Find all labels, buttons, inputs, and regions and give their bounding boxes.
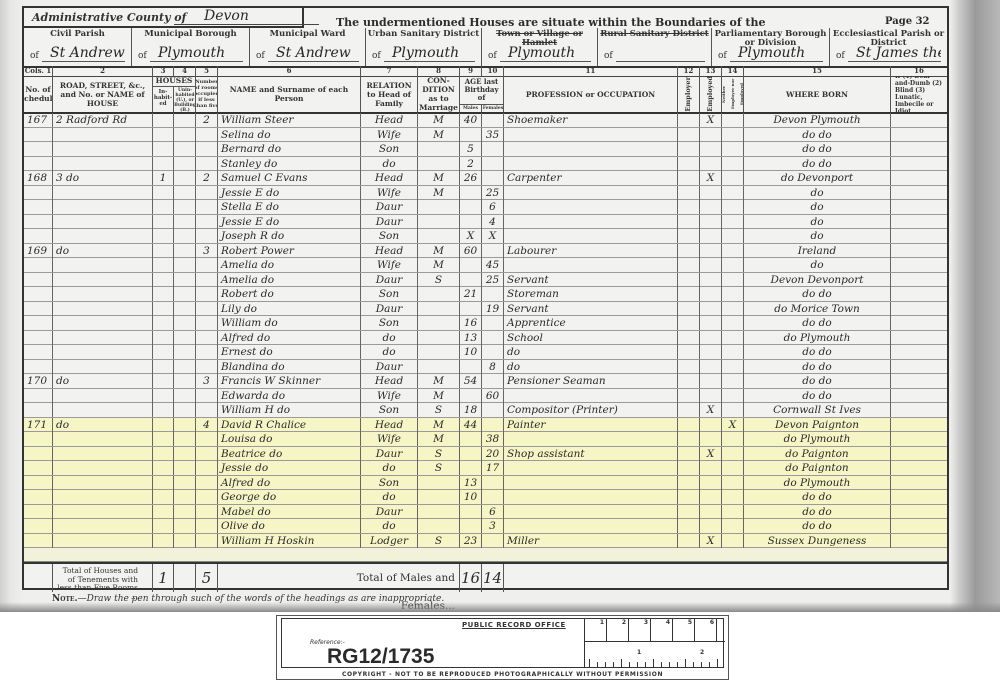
cell-relation: Wife — [361, 186, 418, 200]
cell-condition: S — [418, 447, 460, 461]
cell-relation: Daur — [361, 360, 418, 374]
table-row: Jessie E doDaur4do — [24, 215, 947, 230]
cell-occupation: Pensioner Seaman — [504, 374, 678, 388]
admin-county-value: Devon — [174, 8, 319, 25]
cell-name: George do — [218, 490, 361, 504]
ruler-tick — [677, 662, 678, 667]
cell-schedule — [24, 534, 53, 548]
cell-employer — [678, 258, 700, 272]
cell-neither — [722, 287, 744, 301]
cell-employed — [700, 157, 722, 171]
page-number: Page 32 — [885, 16, 929, 27]
cell-occupation: School — [504, 331, 678, 345]
cell-occupation: do — [504, 345, 678, 359]
cell-employer — [678, 316, 700, 330]
cell-male: 10 — [460, 490, 482, 504]
cell-relation: do — [361, 461, 418, 475]
cell-employer — [678, 345, 700, 359]
cell-condition — [418, 505, 460, 519]
cell-female — [482, 157, 504, 171]
cell-condition — [418, 331, 460, 345]
cell-infirm — [891, 476, 947, 490]
cell-born: do do — [744, 345, 891, 359]
cell-male: 54 — [460, 374, 482, 388]
cell-born: do — [744, 258, 891, 272]
cell-neither — [722, 461, 744, 475]
table-row: William H doSonS18Compositor (Printer)XC… — [24, 403, 947, 418]
cell-neither — [722, 345, 744, 359]
cell-employed — [700, 490, 722, 504]
cell-male — [460, 360, 482, 374]
cell-infirm — [891, 113, 947, 127]
cell-male — [460, 186, 482, 200]
cell-born: Sussex Dungeness — [744, 534, 891, 548]
cell-condition — [418, 490, 460, 504]
cell-schedule — [24, 200, 53, 214]
cell-born: do Devonport — [744, 171, 891, 185]
cell-infirm — [891, 505, 947, 519]
cell-neither — [722, 229, 744, 243]
cell-schedule — [24, 490, 53, 504]
cell-road — [53, 200, 153, 214]
cell-neither — [722, 331, 744, 345]
cell-male — [460, 200, 482, 214]
cell-occupation — [504, 476, 678, 490]
cell-inh — [153, 461, 174, 475]
cell-neither — [722, 534, 744, 548]
cell-condition — [418, 215, 460, 229]
cell-road — [53, 389, 153, 403]
cell-rooms — [196, 229, 218, 243]
cell-unin — [174, 505, 196, 519]
cell-employed — [700, 316, 722, 330]
cell-road — [53, 505, 153, 519]
cell-rooms — [196, 316, 218, 330]
cell-occupation — [504, 142, 678, 156]
cell-unin — [174, 244, 196, 258]
cell-male — [460, 215, 482, 229]
cell-road — [53, 447, 153, 461]
cell-unin — [174, 113, 196, 127]
cell-road — [53, 186, 153, 200]
cell-employer — [678, 287, 700, 301]
cell-employed — [700, 142, 722, 156]
cell-name: Bernard do — [218, 142, 361, 156]
cell-female: 8 — [482, 360, 504, 374]
cell-name: David R Chalice — [218, 418, 361, 432]
cell-road — [53, 302, 153, 316]
totals-males-females-label: Total of Males and Females... — [218, 564, 460, 592]
ruler-tick — [661, 662, 662, 667]
cell-road: do — [53, 418, 153, 432]
totals-houses-label: Total of Houses and of Tenements with le… — [53, 564, 153, 592]
cell-born: Cornwall St Ives — [744, 403, 891, 417]
totals-uninhabited — [174, 564, 196, 592]
cell-road — [53, 345, 153, 359]
cell-employer — [678, 490, 700, 504]
cell-male: 26 — [460, 171, 482, 185]
table-row: Edwarda doWifeM60do do — [24, 389, 947, 404]
cell-neither — [722, 476, 744, 490]
cell-schedule: 171 — [24, 418, 53, 432]
cell-born: do Plymouth — [744, 432, 891, 446]
cell-road — [53, 273, 153, 287]
cell-employed — [700, 360, 722, 374]
cell-road — [53, 490, 153, 504]
cell-employer — [678, 360, 700, 374]
cell-condition — [418, 360, 460, 374]
cell-unin — [174, 331, 196, 345]
cell-female — [482, 403, 504, 417]
cell-name: Lily do — [218, 302, 361, 316]
table-row: Stella E doDaur6do — [24, 200, 947, 215]
ruler-tick — [693, 662, 694, 667]
cell-road — [53, 142, 153, 156]
cell-relation: Head — [361, 113, 418, 127]
cell-employed: X — [700, 403, 722, 417]
cell-schedule — [24, 258, 53, 272]
table-row: Bernard doSon5do do — [24, 142, 947, 157]
cell-employed — [700, 374, 722, 388]
cell-name: Samuel C Evans — [218, 171, 361, 185]
cell-name: Jessie do — [218, 461, 361, 475]
table-row: Alfred dodo13Schooldo Plymouth — [24, 331, 947, 346]
header-employer: Employer — [678, 76, 700, 112]
table-row: Blandina doDaur8dodo do — [24, 360, 947, 375]
cell-road — [53, 432, 153, 446]
cell-rooms — [196, 142, 218, 156]
cell-employer — [678, 157, 700, 171]
cell-infirm — [891, 128, 947, 142]
division-civil-parish: Civil Parish of St Andrew — [24, 28, 132, 66]
cell-condition: M — [418, 374, 460, 388]
cell-rooms — [196, 287, 218, 301]
cell-name: William Steer — [218, 113, 361, 127]
cell-condition: M — [418, 389, 460, 403]
cell-unin — [174, 128, 196, 142]
ruler-tick — [717, 659, 718, 667]
cell-name: William do — [218, 316, 361, 330]
cell-employed — [700, 273, 722, 287]
table-row: 169do3Robert PowerHeadM60LabourerIreland — [24, 244, 947, 259]
cell-unin — [174, 142, 196, 156]
cell-employer — [678, 403, 700, 417]
cell-schedule: 169 — [24, 244, 53, 258]
totals-inhabited: 1 — [153, 564, 174, 592]
cell-male: 13 — [460, 331, 482, 345]
cell-born: do do — [744, 490, 891, 504]
cell-road: 3 do — [53, 171, 153, 185]
cell-schedule — [24, 316, 53, 330]
cell-occupation: Compositor (Printer) — [504, 403, 678, 417]
table-row: 171do4David R ChaliceHeadM44PainterXDevo… — [24, 418, 947, 433]
cell-unin — [174, 302, 196, 316]
cell-employed — [700, 229, 722, 243]
cell-neither — [722, 273, 744, 287]
cell-occupation — [504, 389, 678, 403]
cell-rooms — [196, 258, 218, 272]
cell-rooms — [196, 476, 218, 490]
census-page: Administrative County of Devon The under… — [0, 0, 1000, 612]
cell-occupation: Miller — [504, 534, 678, 548]
cell-unin — [174, 273, 196, 287]
cell-condition — [418, 157, 460, 171]
cell-rooms — [196, 186, 218, 200]
cell-infirm — [891, 374, 947, 388]
cell-rooms — [196, 128, 218, 142]
cell-condition: M — [418, 244, 460, 258]
cell-inh — [153, 374, 174, 388]
cell-condition: M — [418, 258, 460, 272]
cell-name: Blandina do — [218, 360, 361, 374]
cell-unin — [174, 200, 196, 214]
cell-relation: Head — [361, 374, 418, 388]
cell-inh — [153, 389, 174, 403]
cell-rooms — [196, 490, 218, 504]
cell-infirm — [891, 229, 947, 243]
cell-name: Edwarda do — [218, 389, 361, 403]
cell-female — [482, 142, 504, 156]
cell-born: Devon Plymouth — [744, 113, 891, 127]
column-headers: No. of Schedule ROAD, STREET, &c., and N… — [24, 76, 947, 114]
table-row: Robert doSon21Storemando do — [24, 287, 947, 302]
table-row: Stanley dodo2do do — [24, 157, 947, 172]
cell-road: 2 Radford Rd — [53, 113, 153, 127]
cell-road: do — [53, 244, 153, 258]
ruler-tick — [589, 659, 590, 667]
cell-born: Devon Devonport — [744, 273, 891, 287]
cell-rooms — [196, 534, 218, 548]
cell-road — [53, 215, 153, 229]
cell-male: 2 — [460, 157, 482, 171]
cell-male — [460, 461, 482, 475]
cell-inh — [153, 360, 174, 374]
cell-infirm — [891, 432, 947, 446]
cell-schedule — [24, 360, 53, 374]
cell-unin — [174, 360, 196, 374]
cell-unin — [174, 345, 196, 359]
cell-infirm — [891, 461, 947, 475]
cell-female — [482, 490, 504, 504]
cell-inh — [153, 490, 174, 504]
cell-employed — [700, 461, 722, 475]
cell-employer — [678, 244, 700, 258]
cell-employed — [700, 418, 722, 432]
cell-female — [482, 418, 504, 432]
cell-relation: Wife — [361, 389, 418, 403]
cell-infirm — [891, 258, 947, 272]
cell-born: do do — [744, 374, 891, 388]
cell-employed: X — [700, 447, 722, 461]
table-row: William doSon16Apprenticedo do — [24, 316, 947, 331]
cell-occupation: Labourer — [504, 244, 678, 258]
cell-relation: Daur — [361, 273, 418, 287]
cell-inh — [153, 403, 174, 417]
cell-relation: Son — [361, 476, 418, 490]
cell-relation: Son — [361, 142, 418, 156]
cell-occupation — [504, 505, 678, 519]
cell-condition: S — [418, 273, 460, 287]
cell-inh — [153, 273, 174, 287]
table-row: Mabel doDaur6do do — [24, 505, 947, 520]
cell-schedule — [24, 273, 53, 287]
cell-neither — [722, 360, 744, 374]
cell-employer — [678, 273, 700, 287]
cell-road — [53, 534, 153, 548]
totals-males: 16 — [460, 564, 482, 592]
cell-employer — [678, 389, 700, 403]
cell-neither — [722, 316, 744, 330]
cell-unin — [174, 171, 196, 185]
cell-occupation — [504, 258, 678, 272]
cell-female: 20 — [482, 447, 504, 461]
cell-female: 6 — [482, 505, 504, 519]
cell-schedule: 168 — [24, 171, 53, 185]
cell-relation: Son — [361, 287, 418, 301]
cell-female — [482, 244, 504, 258]
cell-male — [460, 128, 482, 142]
cell-employer — [678, 534, 700, 548]
cell-schedule — [24, 186, 53, 200]
cell-neither — [722, 432, 744, 446]
cell-name: Jessie E do — [218, 215, 361, 229]
cell-occupation: Servant — [504, 273, 678, 287]
cell-relation: Son — [361, 316, 418, 330]
cell-unin — [174, 316, 196, 330]
cell-male — [460, 432, 482, 446]
cell-rooms — [196, 389, 218, 403]
cell-schedule — [24, 461, 53, 475]
cell-relation: do — [361, 331, 418, 345]
cell-born: do do — [744, 316, 891, 330]
cell-male: 10 — [460, 345, 482, 359]
cell-female — [482, 374, 504, 388]
cell-rooms — [196, 200, 218, 214]
cell-employer — [678, 432, 700, 446]
cell-male: X — [460, 229, 482, 243]
cell-female: 35 — [482, 128, 504, 142]
division-urban-sanitary: Urban Sanitary District of Plymouth — [366, 28, 482, 66]
cell-born: do do — [744, 128, 891, 142]
cell-employed — [700, 432, 722, 446]
cell-male: 60 — [460, 244, 482, 258]
table-row: Selina doWifeM35do do — [24, 128, 947, 143]
cell-employer — [678, 200, 700, 214]
cell-relation: Lodger — [361, 534, 418, 548]
cell-inh — [153, 287, 174, 301]
table-row: Louisa doWifeM38do Plymouth — [24, 432, 947, 447]
cell-occupation — [504, 461, 678, 475]
cell-condition: M — [418, 171, 460, 185]
cell-schedule — [24, 519, 53, 533]
cell-rooms — [196, 505, 218, 519]
cell-occupation — [504, 186, 678, 200]
cell-male — [460, 389, 482, 403]
cell-infirm — [891, 186, 947, 200]
cell-neither — [722, 519, 744, 533]
cell-unin — [174, 519, 196, 533]
cell-female — [482, 331, 504, 345]
cell-neither — [722, 490, 744, 504]
table-row: Beatrice doDaurS20Shop assistantXdo Paig… — [24, 447, 947, 462]
table-row: 170do3Francis W SkinnerHeadM54Pensioner … — [24, 374, 947, 389]
division-rural-sanitary: Rural Sanitary District of — [598, 28, 712, 66]
cell-neither — [722, 505, 744, 519]
division-municipal-ward: Municipal Ward of St Andrew — [250, 28, 366, 66]
cell-employer — [678, 229, 700, 243]
cell-employed — [700, 389, 722, 403]
cell-name: Amelia do — [218, 273, 361, 287]
cell-born: do do — [744, 519, 891, 533]
header-relation: RELATION to Head of Family — [361, 76, 418, 112]
table-row: Jessie dodoS17do Paignton — [24, 461, 947, 476]
cell-unin — [174, 447, 196, 461]
cell-neither — [722, 200, 744, 214]
cell-unin — [174, 476, 196, 490]
cell-neither — [722, 244, 744, 258]
division-municipal-borough: Municipal Borough of Plymouth — [132, 28, 250, 66]
header-schedule: No. of Schedule — [24, 76, 53, 112]
table-row: Jessie E doWifeM25do — [24, 186, 947, 201]
cell-female — [482, 476, 504, 490]
cell-employer — [678, 186, 700, 200]
cell-relation: Daur — [361, 215, 418, 229]
cell-neither — [722, 215, 744, 229]
header-infirmity: If (1) Deaf-and-Dumb (2) Blind (3) Lunat… — [891, 76, 947, 112]
cell-employed: X — [700, 113, 722, 127]
cell-rooms: 4 — [196, 418, 218, 432]
cell-inh: 1 — [153, 171, 174, 185]
cell-rooms: 2 — [196, 113, 218, 127]
cell-infirm — [891, 200, 947, 214]
cell-female: 38 — [482, 432, 504, 446]
cell-neither — [722, 403, 744, 417]
cell-neither — [722, 389, 744, 403]
cell-employed — [700, 505, 722, 519]
cell-road — [53, 258, 153, 272]
ruler-tick — [629, 662, 630, 667]
cell-neither — [722, 113, 744, 127]
cell-occupation: Shop assistant — [504, 447, 678, 461]
cell-name: Francis W Skinner — [218, 374, 361, 388]
ruler-tick — [613, 662, 614, 667]
cell-occupation: Storeman — [504, 287, 678, 301]
cell-unin — [174, 534, 196, 548]
cell-relation: do — [361, 157, 418, 171]
cell-occupation: do — [504, 360, 678, 374]
cell-neither — [722, 447, 744, 461]
cell-rooms — [196, 360, 218, 374]
cell-rooms — [196, 215, 218, 229]
cell-male — [460, 447, 482, 461]
division-ecclesiastical: Ecclesiastical Parish or District of St … — [830, 28, 947, 66]
cell-schedule — [24, 229, 53, 243]
cell-born: do Paignton — [744, 461, 891, 475]
cell-unin — [174, 258, 196, 272]
cell-occupation: Carpenter — [504, 171, 678, 185]
table-row: Alfred doSon13do Plymouth — [24, 476, 947, 491]
cell-employed — [700, 244, 722, 258]
ruler-tick — [709, 662, 710, 667]
cell-employed: X — [700, 534, 722, 548]
cell-neither — [722, 171, 744, 185]
cell-infirm — [891, 519, 947, 533]
cell-female: 45 — [482, 258, 504, 272]
cell-infirm — [891, 302, 947, 316]
cell-neither — [722, 142, 744, 156]
cell-inh — [153, 229, 174, 243]
cell-female: 60 — [482, 389, 504, 403]
